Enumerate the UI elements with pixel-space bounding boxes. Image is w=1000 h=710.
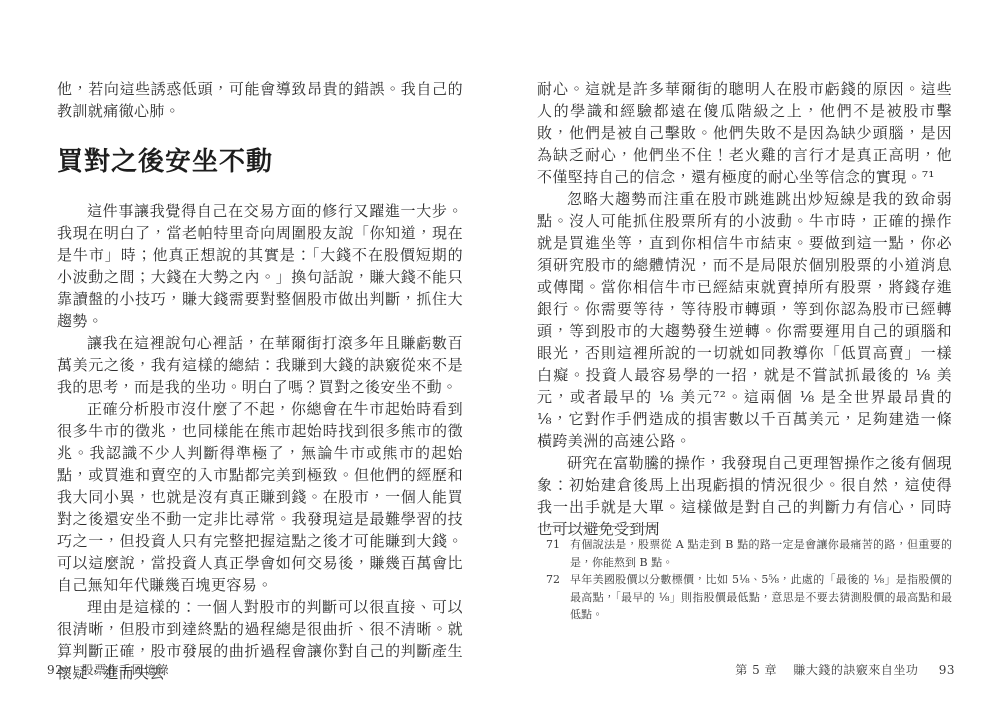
paragraph: 忽略大趨勢而注重在股市跳進跳出炒短線是我的致命弱點。沒人可能抓住股票所有的小波動…	[537, 188, 952, 452]
chapter-label: 第 5 章	[735, 663, 777, 677]
section-heading: 買對之後安坐不動	[57, 146, 463, 178]
footnote-number: 72	[546, 571, 570, 589]
paragraph: 這件事讓我覺得自己在交易方面的修行又躍進一大步。我現在明白了，當老帕特里奇向周圍…	[57, 200, 463, 332]
chapter-title: 賺大錢的訣竅來自坐功	[793, 663, 918, 677]
page-number: 93	[939, 663, 955, 677]
page-right: 耐心。這就是許多華爾街的聰明人在股市虧錢的原因。這些人的學識和經驗都遠在傻瓜階級…	[537, 78, 952, 540]
book-title: 股票作手回憶錄	[82, 663, 170, 677]
footnote-separator	[546, 526, 656, 527]
paragraph: 讓我在這裡說句心裡話，在華爾街打滾多年且賺虧數百萬美元之後，我有這樣的總結：我賺…	[57, 332, 463, 398]
paragraph: 正確分析股市沒什麼了不起，你總會在牛市起始時看到很多牛市的徵兆，也同樣能在熊市起…	[57, 398, 463, 596]
footer-left: 92 股票作手回憶錄	[47, 661, 169, 678]
footnote-item: 72 早年美國股價以分數標價，比如 5⅛、5⅝，此處的「最後的 ⅛」是指股價的最…	[546, 571, 952, 624]
continuation-paragraph: 耐心。這就是許多華爾街的聰明人在股市虧錢的原因。這些人的學識和經驗都遠在傻瓜階級…	[537, 78, 952, 188]
page-left: 他，若向這些誘惑低頭，可能會導致昂貴的錯誤。我自己的教訓就痛徹心肺。 買對之後安…	[57, 78, 463, 684]
continuation-paragraph: 他，若向這些誘惑低頭，可能會導致昂貴的錯誤。我自己的教訓就痛徹心肺。	[57, 78, 463, 122]
footnotes-block: 71 有個說法是，股票從 A 點走到 B 點的路一定是會讓你最痛苦的路，但重要的…	[546, 526, 952, 624]
page-number: 92	[47, 663, 63, 677]
footnote-text: 早年美國股價以分數標價，比如 5⅛、5⅝，此處的「最後的 ⅛」是指股價的最高點，…	[570, 571, 952, 624]
footnote-number: 71	[546, 536, 570, 554]
footer-right: 第 5 章 賺大錢的訣竅來自坐功 93	[735, 661, 955, 678]
footnote-item: 71 有個說法是，股票從 A 點走到 B 點的路一定是會讓你最痛苦的路，但重要的…	[546, 536, 952, 571]
footnote-text: 有個說法是，股票從 A 點走到 B 點的路一定是會讓你最痛苦的路，但重要的是，你…	[570, 536, 952, 571]
